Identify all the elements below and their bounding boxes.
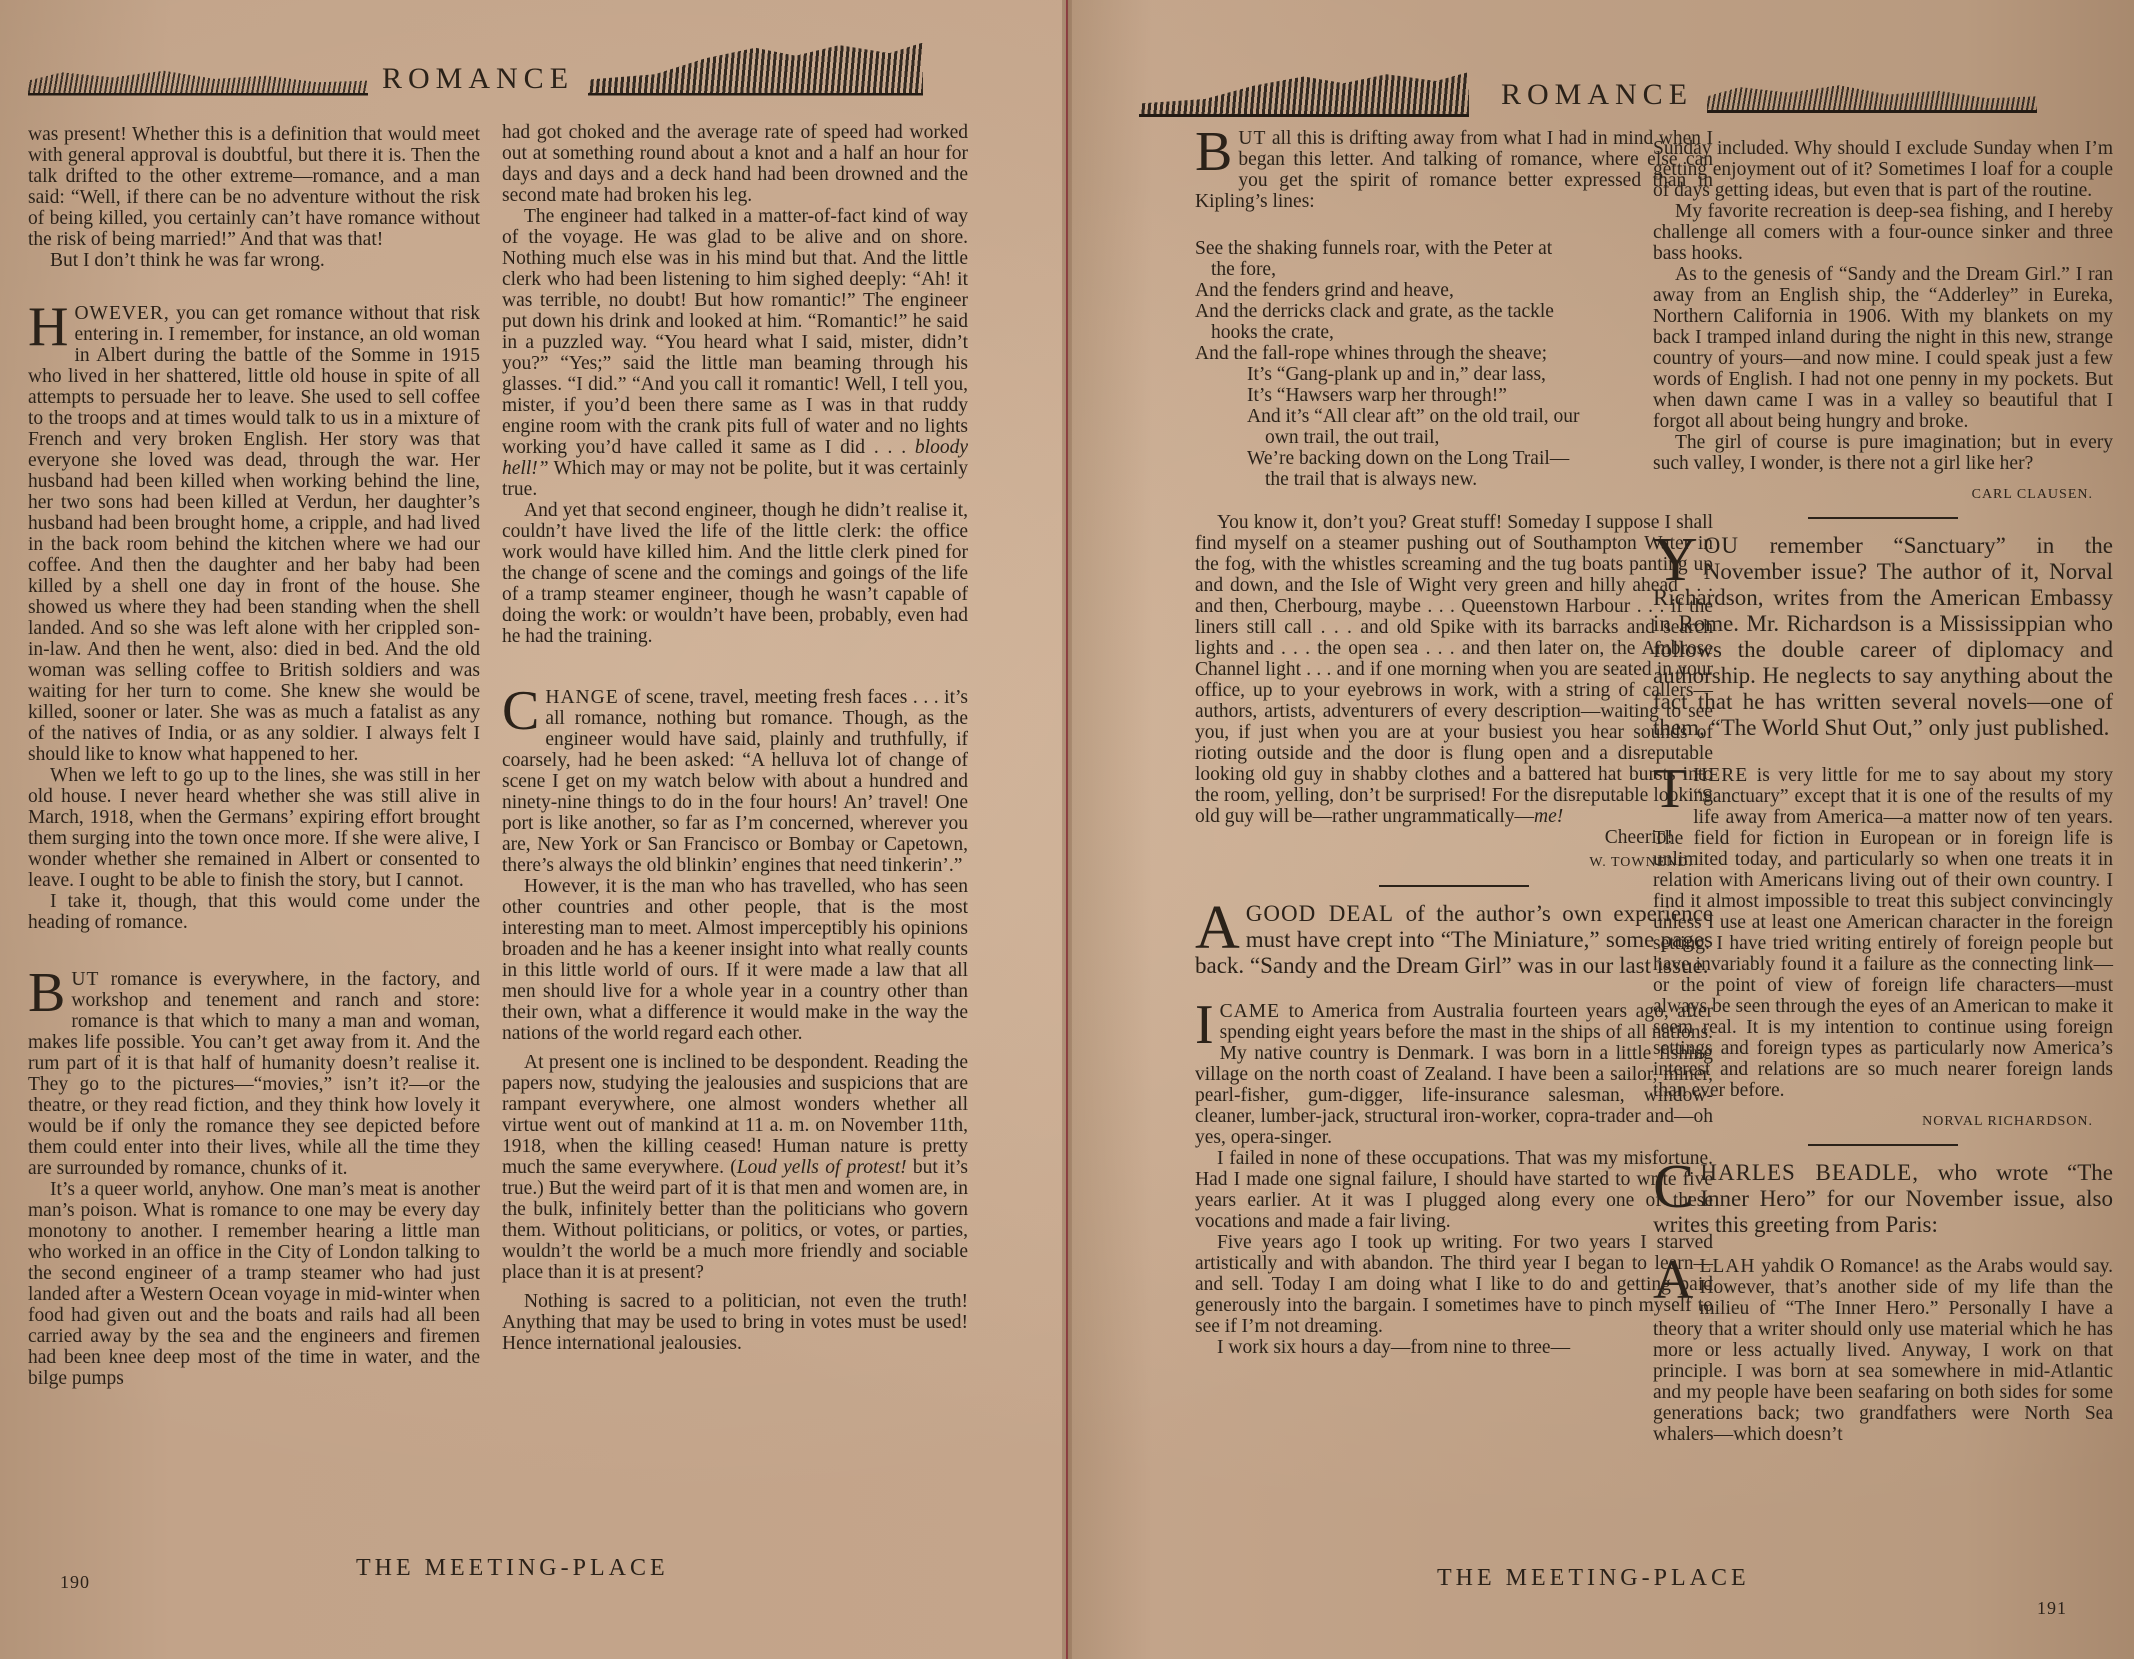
paragraph: When we left to go up to the lines, she …: [28, 765, 480, 891]
paragraph: I failed in none of these occupations. T…: [1195, 1148, 1713, 1232]
lead-in: LLAH: [1699, 1256, 1755, 1277]
paragraph: I work six hours a day—from nine to thre…: [1195, 1337, 1713, 1358]
paragraph: yahdik O Romance! as the Arabs would say…: [1653, 1256, 2113, 1445]
paragraph: you can get romance without that risk en…: [28, 303, 480, 765]
drop-cap: Y: [1653, 535, 1698, 585]
author-signature: W. TOWNEND.: [1195, 852, 1713, 873]
paragraph: was present! Whether this is a definitio…: [28, 124, 480, 250]
left-column-1: was present! Whether this is a definitio…: [28, 124, 480, 1389]
paragraph: I take it, though, that this would come …: [28, 891, 480, 933]
drop-cap: A: [1653, 1258, 1693, 1302]
left-page: ROMANCE was present! Whether this is a d…: [0, 0, 1067, 1659]
lead-in: OWEVER,: [74, 303, 169, 324]
running-head-right: ROMANCE: [1139, 72, 2037, 117]
section-however: HOWEVER, you can get romance without tha…: [28, 303, 480, 933]
section-i-came: ICAME to America from Australia fourteen…: [1195, 1001, 1713, 1358]
lead-in: HANGE: [545, 687, 618, 708]
right-page: ROMANCE BUT all this is drifting away fr…: [1067, 0, 2134, 1659]
poem-line: It’s “Gang-plank up and in,” dear lass,: [1195, 364, 1713, 385]
section-divider: [1379, 885, 1529, 887]
paragraph: had got choked and the average rate of s…: [502, 122, 968, 206]
italic-text: Loud yells of protest!: [737, 1157, 907, 1178]
drop-cap: A: [1195, 903, 1240, 953]
drop-cap: I: [1195, 1003, 1214, 1047]
paragraph: The engineer had talked in a matter-of-f…: [502, 206, 968, 458]
drop-cap: C: [502, 689, 539, 733]
page-number-right: 191: [2037, 1598, 2067, 1619]
poem-line: the fore,: [1195, 259, 1713, 280]
section-you-remember: YOU remember “Sanctuary” in the November…: [1653, 533, 2113, 741]
left-column-2: had got choked and the average rate of s…: [502, 122, 968, 1354]
poem-line: It’s “Hawsers warp her through!”: [1195, 385, 1713, 406]
lead-in: CAME: [1220, 1001, 1280, 1022]
paragraph: But I don’t think he was far wrong.: [28, 250, 480, 271]
drop-cap: T: [1653, 767, 1687, 811]
footer-title-left: THE MEETING-PLACE: [356, 1555, 669, 1582]
poem-line: hooks the crate,: [1195, 322, 1713, 343]
footer-title-right: THE MEETING-PLACE: [1437, 1565, 1750, 1592]
author-signature: NORVAL RICHARDSON.: [1653, 1111, 2113, 1132]
landscape-illustration-left: [28, 63, 368, 96]
signoff: Cheerio!: [1195, 827, 1713, 848]
paragraph: You know it, don’t you? Great stuff! Som…: [1195, 512, 1713, 827]
poem-line: own trail, the out trail,: [1195, 427, 1713, 448]
paragraph: Nothing is sacred to a politician, not e…: [502, 1291, 968, 1354]
drop-cap: H: [28, 305, 68, 349]
poem-line: the trail that is always new.: [1195, 469, 1713, 490]
lead-in: UT: [71, 969, 99, 990]
paragraph: all this is drifting away from what I ha…: [1195, 128, 1713, 212]
paragraph: However, it is the man who has travelled…: [502, 876, 968, 1044]
paragraph: As to the genesis of “Sandy and the Drea…: [1653, 264, 2113, 432]
lead-in: UT: [1238, 128, 1266, 149]
section-charles-beadle: CHARLES BEADLE, who wrote “The Inner Her…: [1653, 1160, 2113, 1238]
lead-in: HERE: [1693, 765, 1748, 786]
paragraph: is very little for me to say about my st…: [1653, 765, 2113, 1101]
paragraph: romance is everywhere, in the factory, a…: [28, 969, 480, 1179]
poem-line: And the derricks clack and grate, as the…: [1195, 301, 1713, 322]
lead-in: OU: [1704, 533, 1739, 558]
section-good-deal: AGOOD DEAL of the author’s own experienc…: [1195, 901, 1713, 979]
section-change-of-scene: CHANGE of scene, travel, meeting fresh f…: [502, 687, 968, 1354]
poem-line: See the shaking funnels roar, with the P…: [1195, 238, 1713, 259]
kipling-poem: See the shaking funnels roar, with the P…: [1195, 238, 1713, 490]
editorial-intro: remember “Sanctuary” in the November iss…: [1653, 533, 2113, 740]
poem-line: We’re backing down on the Long Trail—: [1195, 448, 1713, 469]
page-number-left: 190: [60, 1572, 90, 1593]
landscape-illustration-right: [588, 43, 923, 96]
lead-in: GOOD DEAL: [1246, 901, 1394, 926]
right-column-2: Sunday included. Why should I exclude Su…: [1653, 138, 2113, 1445]
paragraph: And yet that second engineer, though he …: [502, 500, 968, 647]
poem-line: And it’s “All clear aft” on the old trai…: [1195, 406, 1713, 427]
paragraph: to America from Australia fourteen years…: [1195, 1001, 1713, 1148]
paragraph: It’s a queer world, anyhow. One man’s me…: [28, 1179, 480, 1389]
cliff-illustration: [1139, 72, 1469, 117]
running-head-title: ROMANCE: [382, 62, 574, 96]
harbour-town-illustration: [1707, 76, 2037, 113]
paragraph: The girl of course is pure imagination; …: [1653, 432, 2113, 474]
section-but-romance: BUT romance is everywhere, in the factor…: [28, 969, 480, 1389]
section-divider: [1808, 517, 1958, 519]
running-head-left: ROMANCE: [28, 62, 923, 96]
magazine-spread: ROMANCE was present! Whether this is a d…: [0, 0, 2134, 1659]
drop-cap: B: [1195, 130, 1232, 174]
section-there-is: THERE is very little for me to say about…: [1653, 765, 2113, 1101]
paragraph: Five years ago I took up writing. For tw…: [1195, 1232, 1713, 1337]
paragraph: Sunday included. Why should I exclude Su…: [1653, 138, 2113, 201]
section-allah: ALLAH yahdik O Romance! as the Arabs wou…: [1653, 1256, 2113, 1445]
section-divider: [1808, 1144, 1958, 1146]
italic-text: me!: [1534, 806, 1563, 827]
drop-cap: B: [28, 971, 65, 1015]
poem-line: And the fenders grind and heave,: [1195, 280, 1713, 301]
paragraph: My favorite recreation is deep-sea fishi…: [1653, 201, 2113, 264]
drop-cap: C: [1653, 1162, 1694, 1212]
paragraph-end: Which may or may not be polite, but it w…: [502, 458, 968, 500]
paragraph: of scene, travel, meeting fresh faces . …: [502, 687, 968, 876]
author-signature: CARL CLAUSEN.: [1653, 484, 2113, 505]
lead-in: HARLES BEADLE,: [1700, 1160, 1919, 1185]
running-head-title: ROMANCE: [1501, 78, 1693, 112]
poem-line: And the fall-rope whines through the she…: [1195, 343, 1713, 364]
right-column-1: BUT all this is drifting away from what …: [1195, 128, 1713, 1358]
